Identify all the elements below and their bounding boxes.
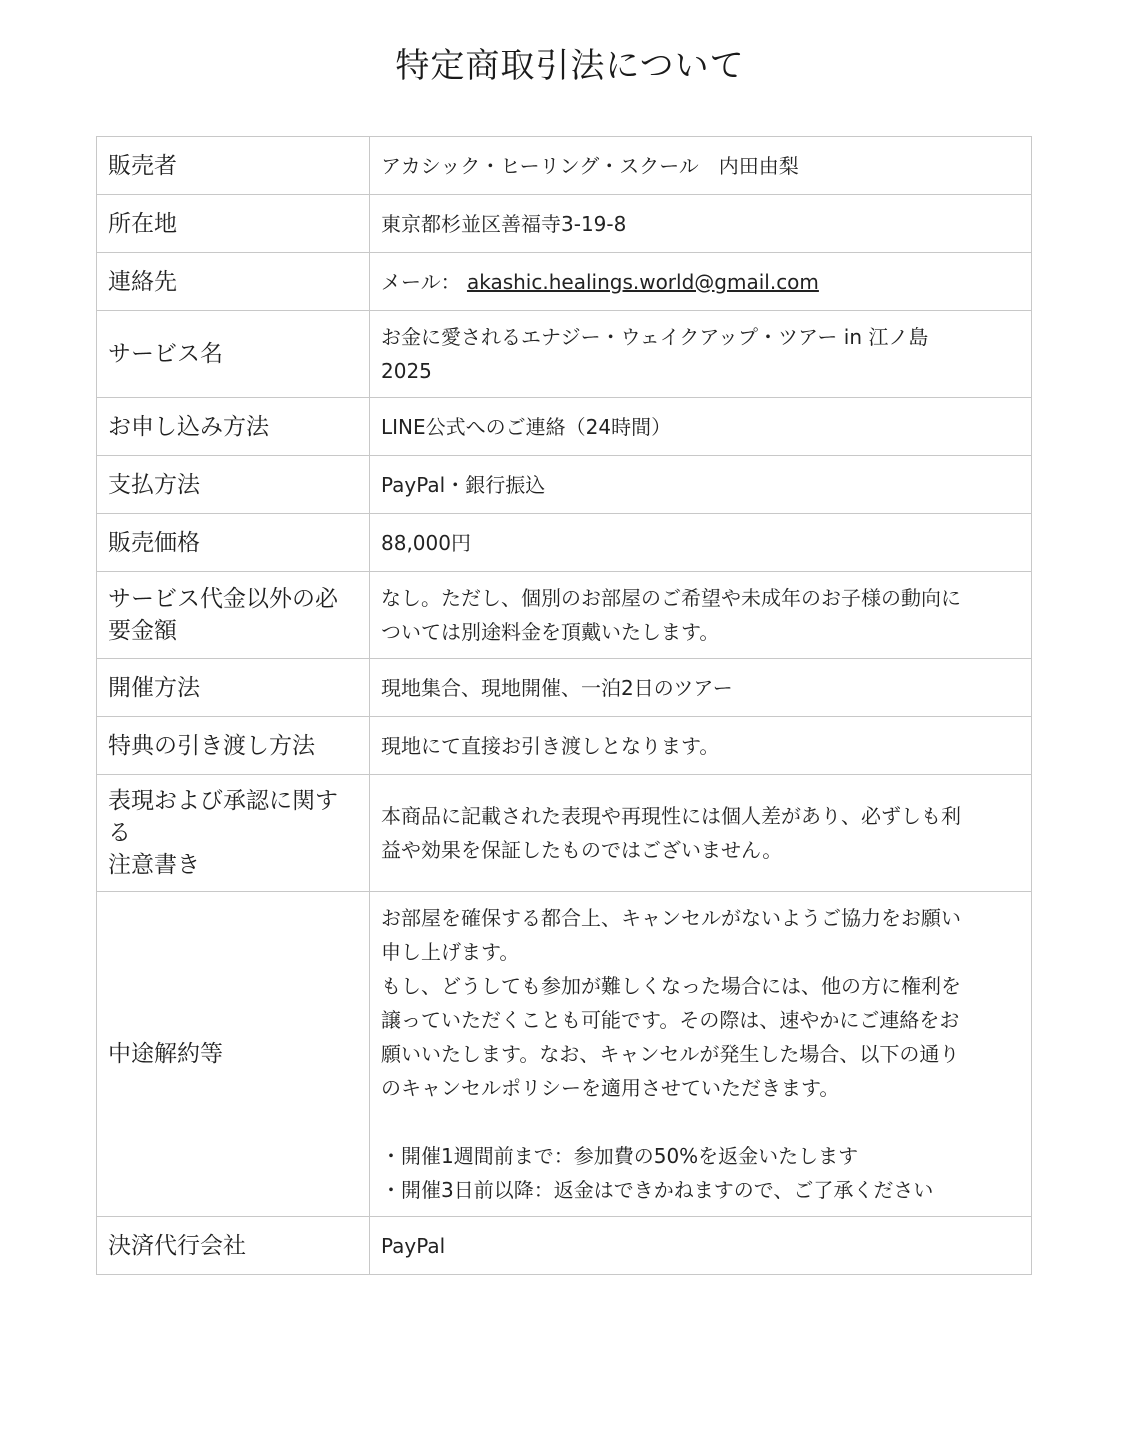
value-line: 願いいたします。なお、キャンセルが発生した場合、以下の通り — [381, 1037, 1020, 1071]
email-link[interactable]: akashic.healings.world@gmail.com — [467, 270, 819, 294]
value-line: お金に愛されるエナジー・ウェイクアップ・ツアー in 江ノ島 — [381, 320, 1020, 354]
row-label: 表現および承認に関す る 注意書き — [97, 775, 370, 892]
row-label: 所在地 — [97, 195, 370, 253]
blank-line — [381, 1105, 1020, 1139]
value-line: 本商品に記載された表現や再現性には個人差があり、必ずしも利 — [381, 799, 1020, 833]
row-value: 東京都杉並区善福寺3-19-8 — [370, 195, 1032, 253]
table-row-event-method: 開催方法 現地集合、現地開催、一泊2日のツアー — [97, 659, 1032, 717]
row-label: サービス代金以外の必 要金額 — [97, 572, 370, 659]
row-value: お金に愛されるエナジー・ウェイクアップ・ツアー in 江ノ島 2025 — [370, 311, 1032, 398]
table-row-extra-fees: サービス代金以外の必 要金額 なし。ただし、個別のお部屋のご希望や未成年のお子様… — [97, 572, 1032, 659]
table-row-payment-method: 支払方法 PayPal・銀行振込 — [97, 456, 1032, 514]
row-label: お申し込み方法 — [97, 398, 370, 456]
value-line: 2025 — [381, 354, 1020, 388]
table-row-disclaimer: 表現および承認に関す る 注意書き 本商品に記載された表現や再現性には個人差があ… — [97, 775, 1032, 892]
row-value: メール： akashic.healings.world@gmail.com — [370, 253, 1032, 311]
row-value: お部屋を確保する都合上、キャンセルがないようご協力をお願い 申し上げます。 もし… — [370, 892, 1032, 1217]
row-value: LINE公式へのご連絡（24時間） — [370, 398, 1032, 456]
commercial-law-table: 販売者 アカシック・ヒーリング・スクール 内田由梨 所在地 東京都杉並区善福寺3… — [96, 136, 1032, 1275]
value-line: 譲っていただくことも可能です。その際は、速やかにご連絡をお — [381, 1003, 1020, 1037]
row-label: 連絡先 — [97, 253, 370, 311]
value-line: のキャンセルポリシーを適用させていただきます。 — [381, 1071, 1020, 1105]
table-row-application: お申し込み方法 LINE公式へのご連絡（24時間） — [97, 398, 1032, 456]
row-label: 支払方法 — [97, 456, 370, 514]
table-row-payment-processor: 決済代行会社 PayPal — [97, 1217, 1032, 1275]
row-value: なし。ただし、個別のお部屋のご希望や未成年のお子様の動向に ついては別途料金を頂… — [370, 572, 1032, 659]
email-prefix: メール： — [381, 270, 461, 294]
policy-item: ・開催3日前以降：返金はできかねますので、ご了承ください — [381, 1173, 1020, 1207]
row-label: 中途解約等 — [97, 892, 370, 1217]
row-label: 特典の引き渡し方法 — [97, 717, 370, 775]
page-title: 特定商取引法について — [0, 38, 1140, 87]
table-row-seller: 販売者 アカシック・ヒーリング・スクール 内田由梨 — [97, 137, 1032, 195]
row-value: 現地にて直接お引き渡しとなります。 — [370, 717, 1032, 775]
value-line: もし、どうしても参加が難しくなった場合には、他の方に権利を — [381, 969, 1020, 1003]
row-value: アカシック・ヒーリング・スクール 内田由梨 — [370, 137, 1032, 195]
policy-item: ・開催1週間前まで：参加費の50%を返金いたします — [381, 1139, 1020, 1173]
table-row-address: 所在地 東京都杉並区善福寺3-19-8 — [97, 195, 1032, 253]
row-label: 開催方法 — [97, 659, 370, 717]
table-row-price: 販売価格 88,000円 — [97, 514, 1032, 572]
label-line: る — [108, 817, 358, 849]
row-label: 販売者 — [97, 137, 370, 195]
label-line: 注意書き — [108, 849, 358, 881]
row-label: 決済代行会社 — [97, 1217, 370, 1275]
table-row-service-name: サービス名 お金に愛されるエナジー・ウェイクアップ・ツアー in 江ノ島 202… — [97, 311, 1032, 398]
label-line: 表現および承認に関す — [108, 785, 358, 817]
row-value: 本商品に記載された表現や再現性には個人差があり、必ずしも利 益や効果を保証したも… — [370, 775, 1032, 892]
value-line: ついては別途料金を頂戴いたします。 — [381, 615, 1020, 649]
row-value: 88,000円 — [370, 514, 1032, 572]
table-row-contact: 連絡先 メール： akashic.healings.world@gmail.co… — [97, 253, 1032, 311]
row-value: 現地集合、現地開催、一泊2日のツアー — [370, 659, 1032, 717]
label-line: サービス代金以外の必 — [108, 583, 358, 615]
row-value: PayPal — [370, 1217, 1032, 1275]
value-line: なし。ただし、個別のお部屋のご希望や未成年のお子様の動向に — [381, 581, 1020, 615]
value-line: 益や効果を保証したものではございません。 — [381, 833, 1020, 867]
row-label: サービス名 — [97, 311, 370, 398]
table-row-cancellation: 中途解約等 お部屋を確保する都合上、キャンセルがないようご協力をお願い 申し上げ… — [97, 892, 1032, 1217]
table-row-bonus-delivery: 特典の引き渡し方法 現地にて直接お引き渡しとなります。 — [97, 717, 1032, 775]
value-line: 申し上げます。 — [381, 935, 1020, 969]
row-label: 販売価格 — [97, 514, 370, 572]
value-line: お部屋を確保する都合上、キャンセルがないようご協力をお願い — [381, 901, 1020, 935]
label-line: 要金額 — [108, 615, 358, 647]
row-value: PayPal・銀行振込 — [370, 456, 1032, 514]
